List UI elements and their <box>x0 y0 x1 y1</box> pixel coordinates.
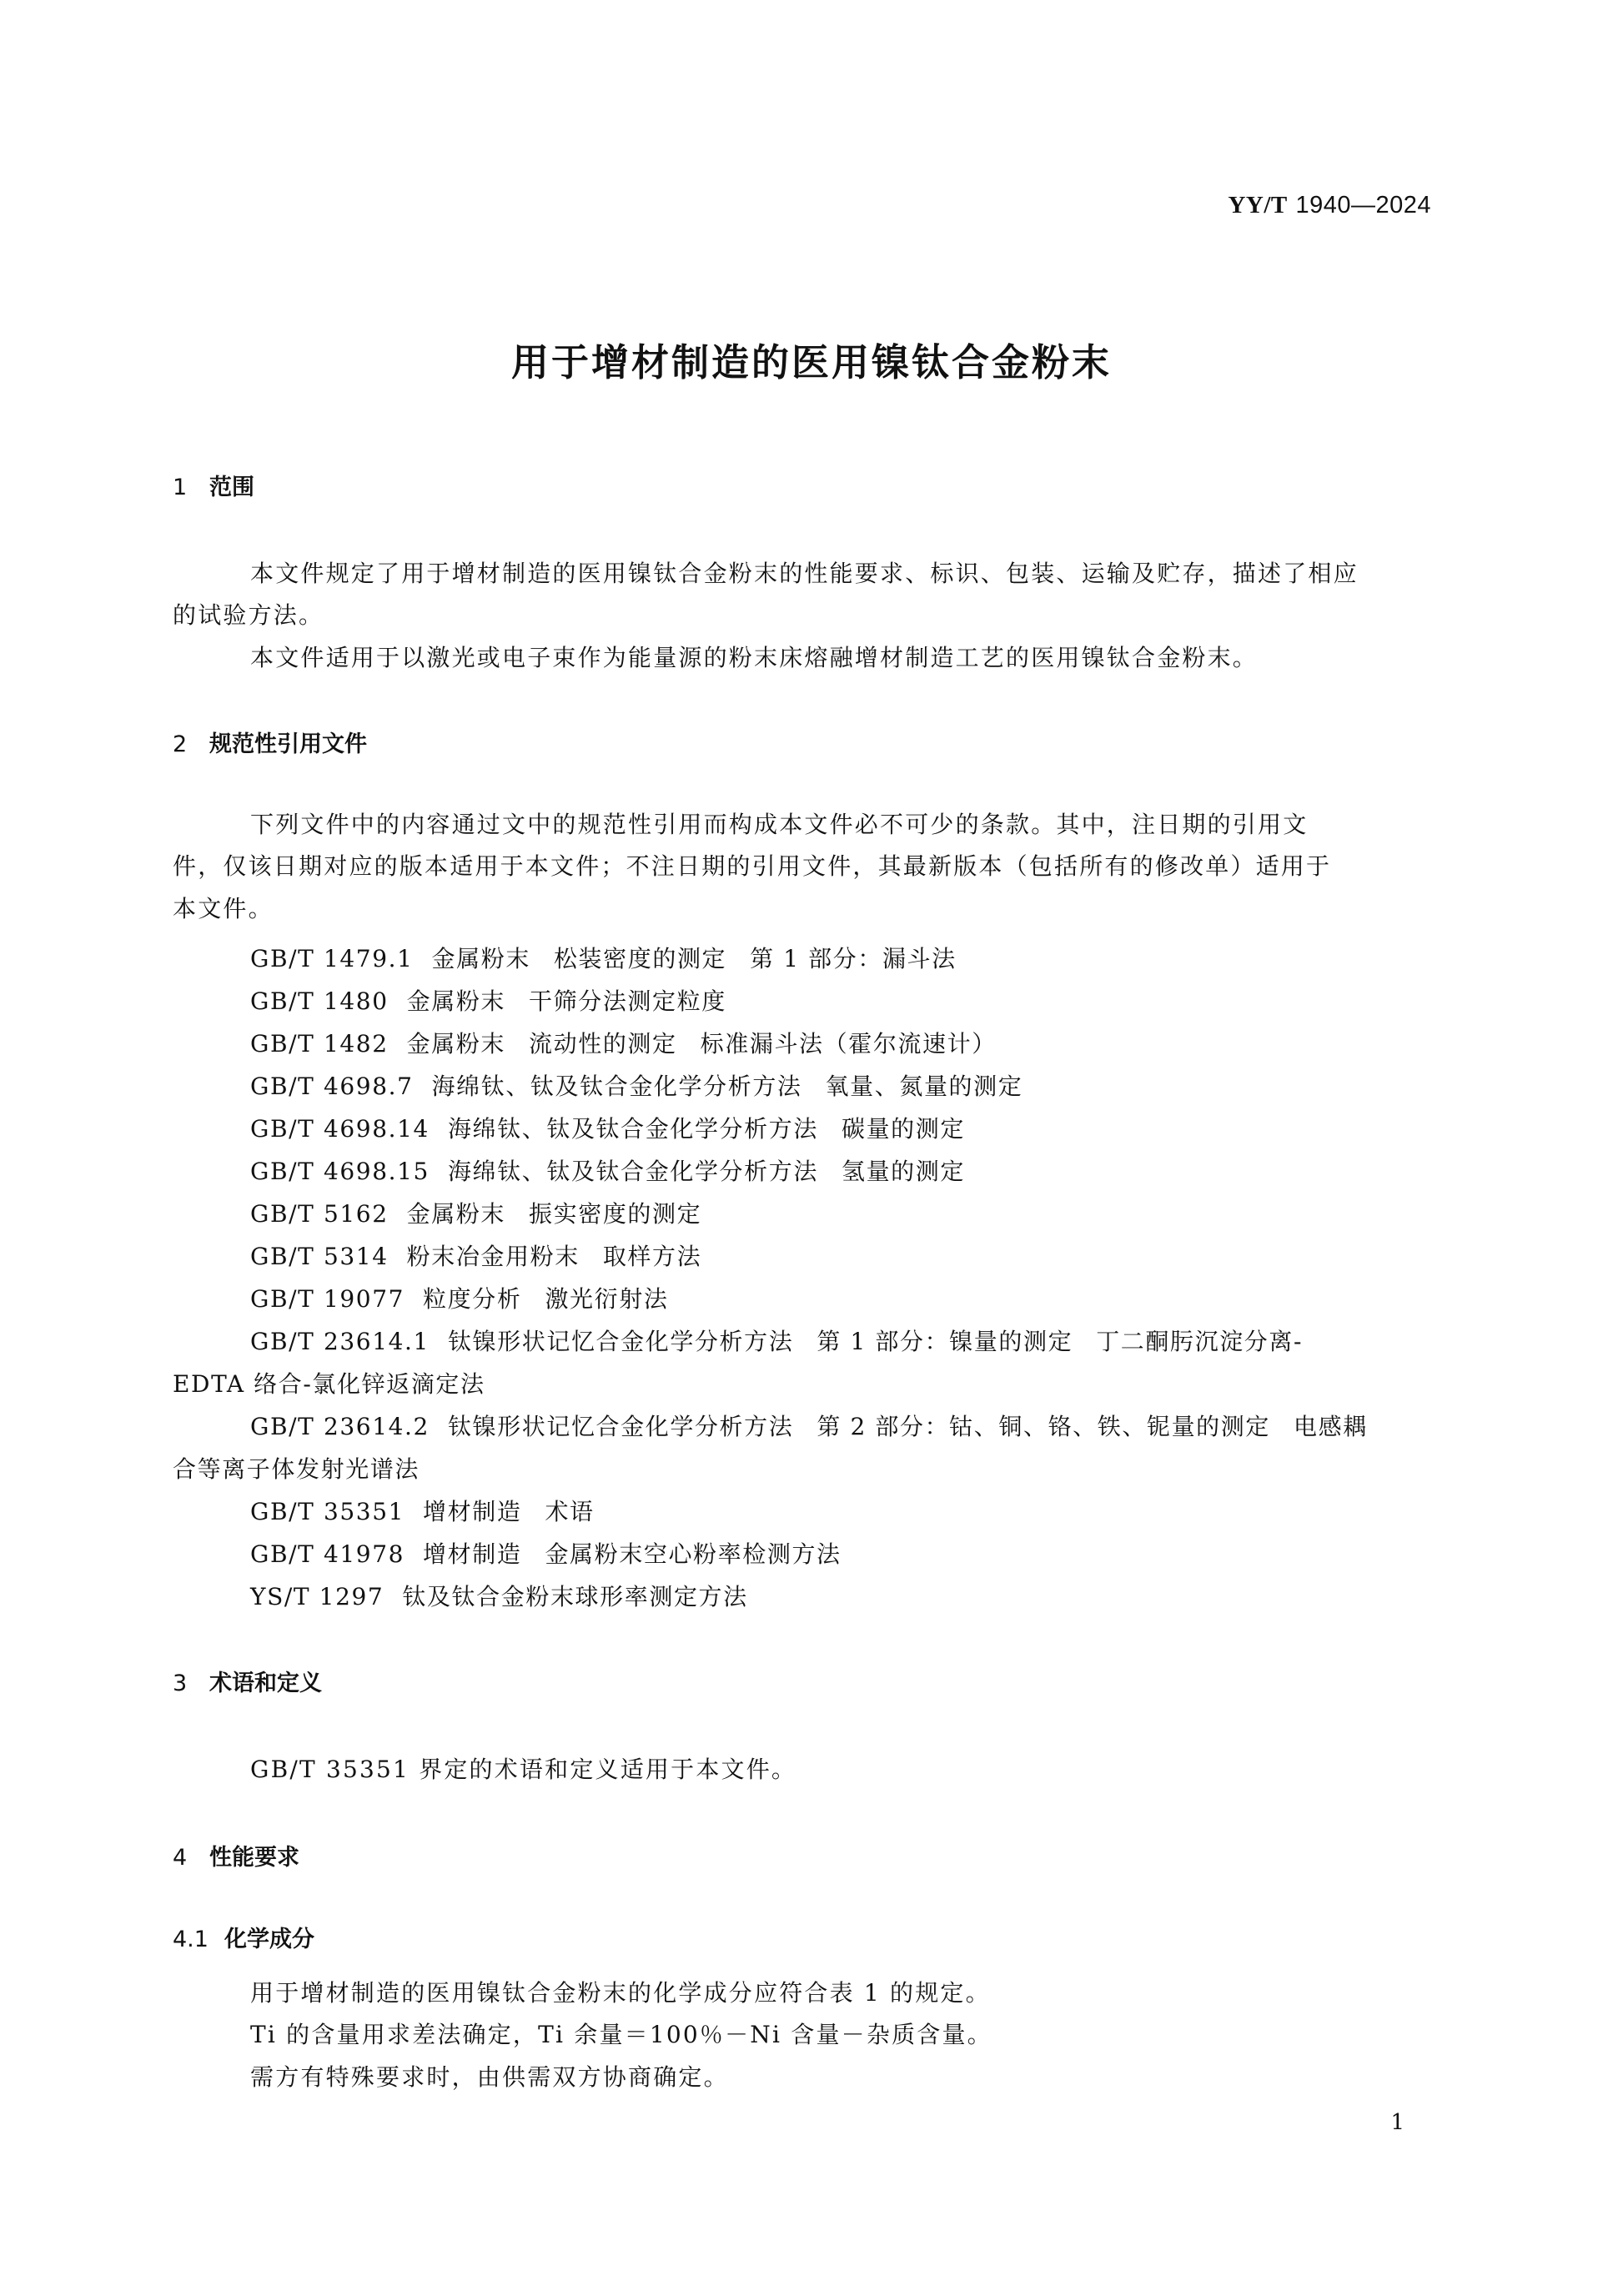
section-title: 术语和定义 <box>209 1671 322 1696</box>
reference-title-part: 海绵钛、钛及钛合金化学分析方法 <box>432 1073 802 1100</box>
reference-code: GB/T 4698.7 <box>250 1073 414 1100</box>
document-title: 用于增材制造的医用镍钛合金粉末 <box>0 332 1623 386</box>
reference-code: GB/T 5314 <box>250 1243 389 1270</box>
section-heading-1: 1范围 <box>173 469 254 501</box>
paragraph: Ti 的含量用求差法确定，Ti 余量＝100％－Ni 含量－杂质含量。 <box>250 2017 992 2050</box>
reference-title-part: 氢量的测定 <box>842 1158 965 1185</box>
reference-title-part: 增材制造 <box>423 1540 521 1568</box>
section-title: 范围 <box>209 475 254 500</box>
reference-code: GB/T 1479.1 <box>250 945 414 972</box>
reference-title-part: 丁二酮肟沉淀分离- <box>1096 1328 1303 1355</box>
reference-code: GB/T 5162 <box>250 1200 389 1228</box>
reference-item: GB/T 1480金属粉末干筛分法测定粒度 <box>250 983 726 1017</box>
reference-item: GB/T 41978增材制造金属粉末空心粉率检测方法 <box>250 1536 842 1570</box>
reference-title-part: 金属粉末空心粉率检测方法 <box>545 1540 841 1568</box>
reference-code: GB/T 35351 <box>250 1498 404 1525</box>
reference-item: GB/T 23614.2钛镍形状记忆合金化学分析方法第 2 部分：钴、铜、铬、铁… <box>250 1409 1368 1442</box>
reference-title-part: 电感耦 <box>1294 1413 1368 1440</box>
reference-title-part: 干筛分法测定粒度 <box>529 987 726 1015</box>
reference-item: GB/T 4698.15海绵钛、钛及钛合金化学分析方法氢量的测定 <box>250 1153 965 1187</box>
reference-item: GB/T 1479.1金属粉末松装密度的测定第 1 部分：漏斗法 <box>250 941 957 974</box>
subsection-title: 化学成分 <box>224 1927 314 1952</box>
reference-code: GB/T 23614.2 <box>250 1413 430 1440</box>
reference-continuation: 合等离子体发射光谱法 <box>173 1451 420 1485</box>
section-heading-3: 3术语和定义 <box>173 1665 322 1697</box>
paragraph-line: 件，仅该日期对应的版本适用于本文件；不注日期的引用文件，其最新版本（包括所有的修… <box>173 848 1331 882</box>
reference-title-part: 第 2 部分：钴、铜、铬、铁、铌量的测定 <box>817 1413 1270 1440</box>
reference-title-part: 术语 <box>545 1498 594 1525</box>
paragraph-line: 本文件。 <box>173 891 274 924</box>
reference-title-part: 振实密度的测定 <box>529 1200 701 1228</box>
reference-code: GB/T 41978 <box>250 1540 404 1568</box>
reference-title-part: 金属粉末 <box>407 1200 505 1228</box>
reference-item: GB/T 23614.1钛镍形状记忆合金化学分析方法第 1 部分：镍量的测定丁二… <box>250 1324 1303 1357</box>
reference-code: GB/T 19077 <box>250 1285 404 1313</box>
reference-title-part: 第 1 部分：漏斗法 <box>750 945 957 972</box>
reference-title-part: 钛及钛合金粉末球形率测定方法 <box>402 1583 747 1610</box>
section-title: 性能要求 <box>209 1845 299 1871</box>
standard-prefix: YY/T <box>1228 192 1287 219</box>
reference-title-part: 碳量的测定 <box>842 1115 965 1143</box>
standard-code: YY/T 1940—2024 <box>1228 190 1431 219</box>
reference-item: GB/T 1482金属粉末流动性的测定标准漏斗法（霍尔流速计） <box>250 1026 997 1059</box>
paragraph: 用于增材制造的医用镍钛合金粉末的化学成分应符合表 1 的规定。 <box>250 1975 991 2008</box>
reference-title-part: 金属粉末 <box>432 945 530 972</box>
reference-title-part: 海绵钛、钛及钛合金化学分析方法 <box>448 1115 818 1143</box>
reference-title-part: 标准漏斗法（霍尔流速计） <box>701 1030 997 1058</box>
reference-title-part: 激光衍射法 <box>545 1285 668 1313</box>
reference-title-part: 海绵钛、钛及钛合金化学分析方法 <box>448 1158 818 1185</box>
reference-item: YS/T 1297钛及钛合金粉末球形率测定方法 <box>250 1579 748 1612</box>
reference-code: GB/T 23614.1 <box>250 1328 430 1355</box>
reference-title-part: 钛镍形状记忆合金化学分析方法 <box>448 1328 793 1355</box>
paragraph-line: 下列文件中的内容通过文中的规范性引用而构成本文件必不可少的条款。其中，注日期的引… <box>250 806 1308 840</box>
reference-item: GB/T 35351增材制造术语 <box>250 1494 595 1527</box>
paragraph-line: 的试验方法。 <box>173 597 324 631</box>
reference-title-part: 氧量、氮量的测定 <box>826 1073 1023 1100</box>
section-number: 3 <box>173 1671 209 1696</box>
reference-title-part: 流动性的测定 <box>529 1030 677 1058</box>
section-number: 2 <box>173 731 209 757</box>
reference-continuation: EDTA 络合-氯化锌返滴定法 <box>173 1366 485 1399</box>
reference-item: GB/T 4698.7海绵钛、钛及钛合金化学分析方法氧量、氮量的测定 <box>250 1068 1023 1102</box>
standard-number: 1940—2024 <box>1295 192 1431 219</box>
reference-code: YS/T 1297 <box>250 1583 384 1610</box>
section-number: 1 <box>173 475 209 500</box>
section-heading-2: 2规范性引用文件 <box>173 726 367 758</box>
reference-title-part: 增材制造 <box>423 1498 521 1525</box>
reference-title-part: 取样方法 <box>603 1243 701 1270</box>
paragraph: 需方有特殊要求时，由供需双方协商确定。 <box>250 2059 729 2093</box>
reference-title-part: 粒度分析 <box>423 1285 521 1313</box>
section-number: 4 <box>173 1845 209 1871</box>
section-title: 规范性引用文件 <box>209 731 367 757</box>
reference-item: GB/T 5314粉末冶金用粉末取样方法 <box>250 1238 701 1272</box>
reference-item: GB/T 19077粒度分析激光衍射法 <box>250 1281 668 1314</box>
section-heading-4: 4性能要求 <box>173 1839 299 1871</box>
reference-title-part: 金属粉末 <box>407 1030 505 1058</box>
reference-code: GB/T 1482 <box>250 1030 389 1058</box>
reference-item: GB/T 4698.14海绵钛、钛及钛合金化学分析方法碳量的测定 <box>250 1111 965 1144</box>
reference-code: GB/T 1480 <box>250 987 389 1015</box>
paragraph-line: 本文件适用于以激光或电子束作为能量源的粉末床熔融增材制造工艺的医用镍钛合金粉末。 <box>250 640 1258 673</box>
reference-title-part: 钛镍形状记忆合金化学分析方法 <box>448 1413 793 1440</box>
reference-code: GB/T 4698.14 <box>250 1115 430 1143</box>
reference-code: GB/T 4698.15 <box>250 1158 430 1185</box>
subsection-number: 4.1 <box>173 1927 224 1952</box>
subsection-heading-4-1: 4.1化学成分 <box>173 1921 314 1953</box>
paragraph-line: 本文件规定了用于增材制造的医用镍钛合金粉末的性能要求、标识、包装、运输及贮存，描… <box>250 555 1359 589</box>
reference-title-part: 第 1 部分：镍量的测定 <box>817 1328 1073 1355</box>
reference-item: GB/T 5162金属粉末振实密度的测定 <box>250 1196 701 1229</box>
reference-title-part: 松装密度的测定 <box>554 945 726 972</box>
reference-title-part: 粉末冶金用粉末 <box>407 1243 580 1270</box>
page-number: 1 <box>1390 2110 1404 2135</box>
reference-title-part: 金属粉末 <box>407 987 505 1015</box>
paragraph: GB/T 35351 界定的术语和定义适用于本文件。 <box>250 1751 796 1785</box>
